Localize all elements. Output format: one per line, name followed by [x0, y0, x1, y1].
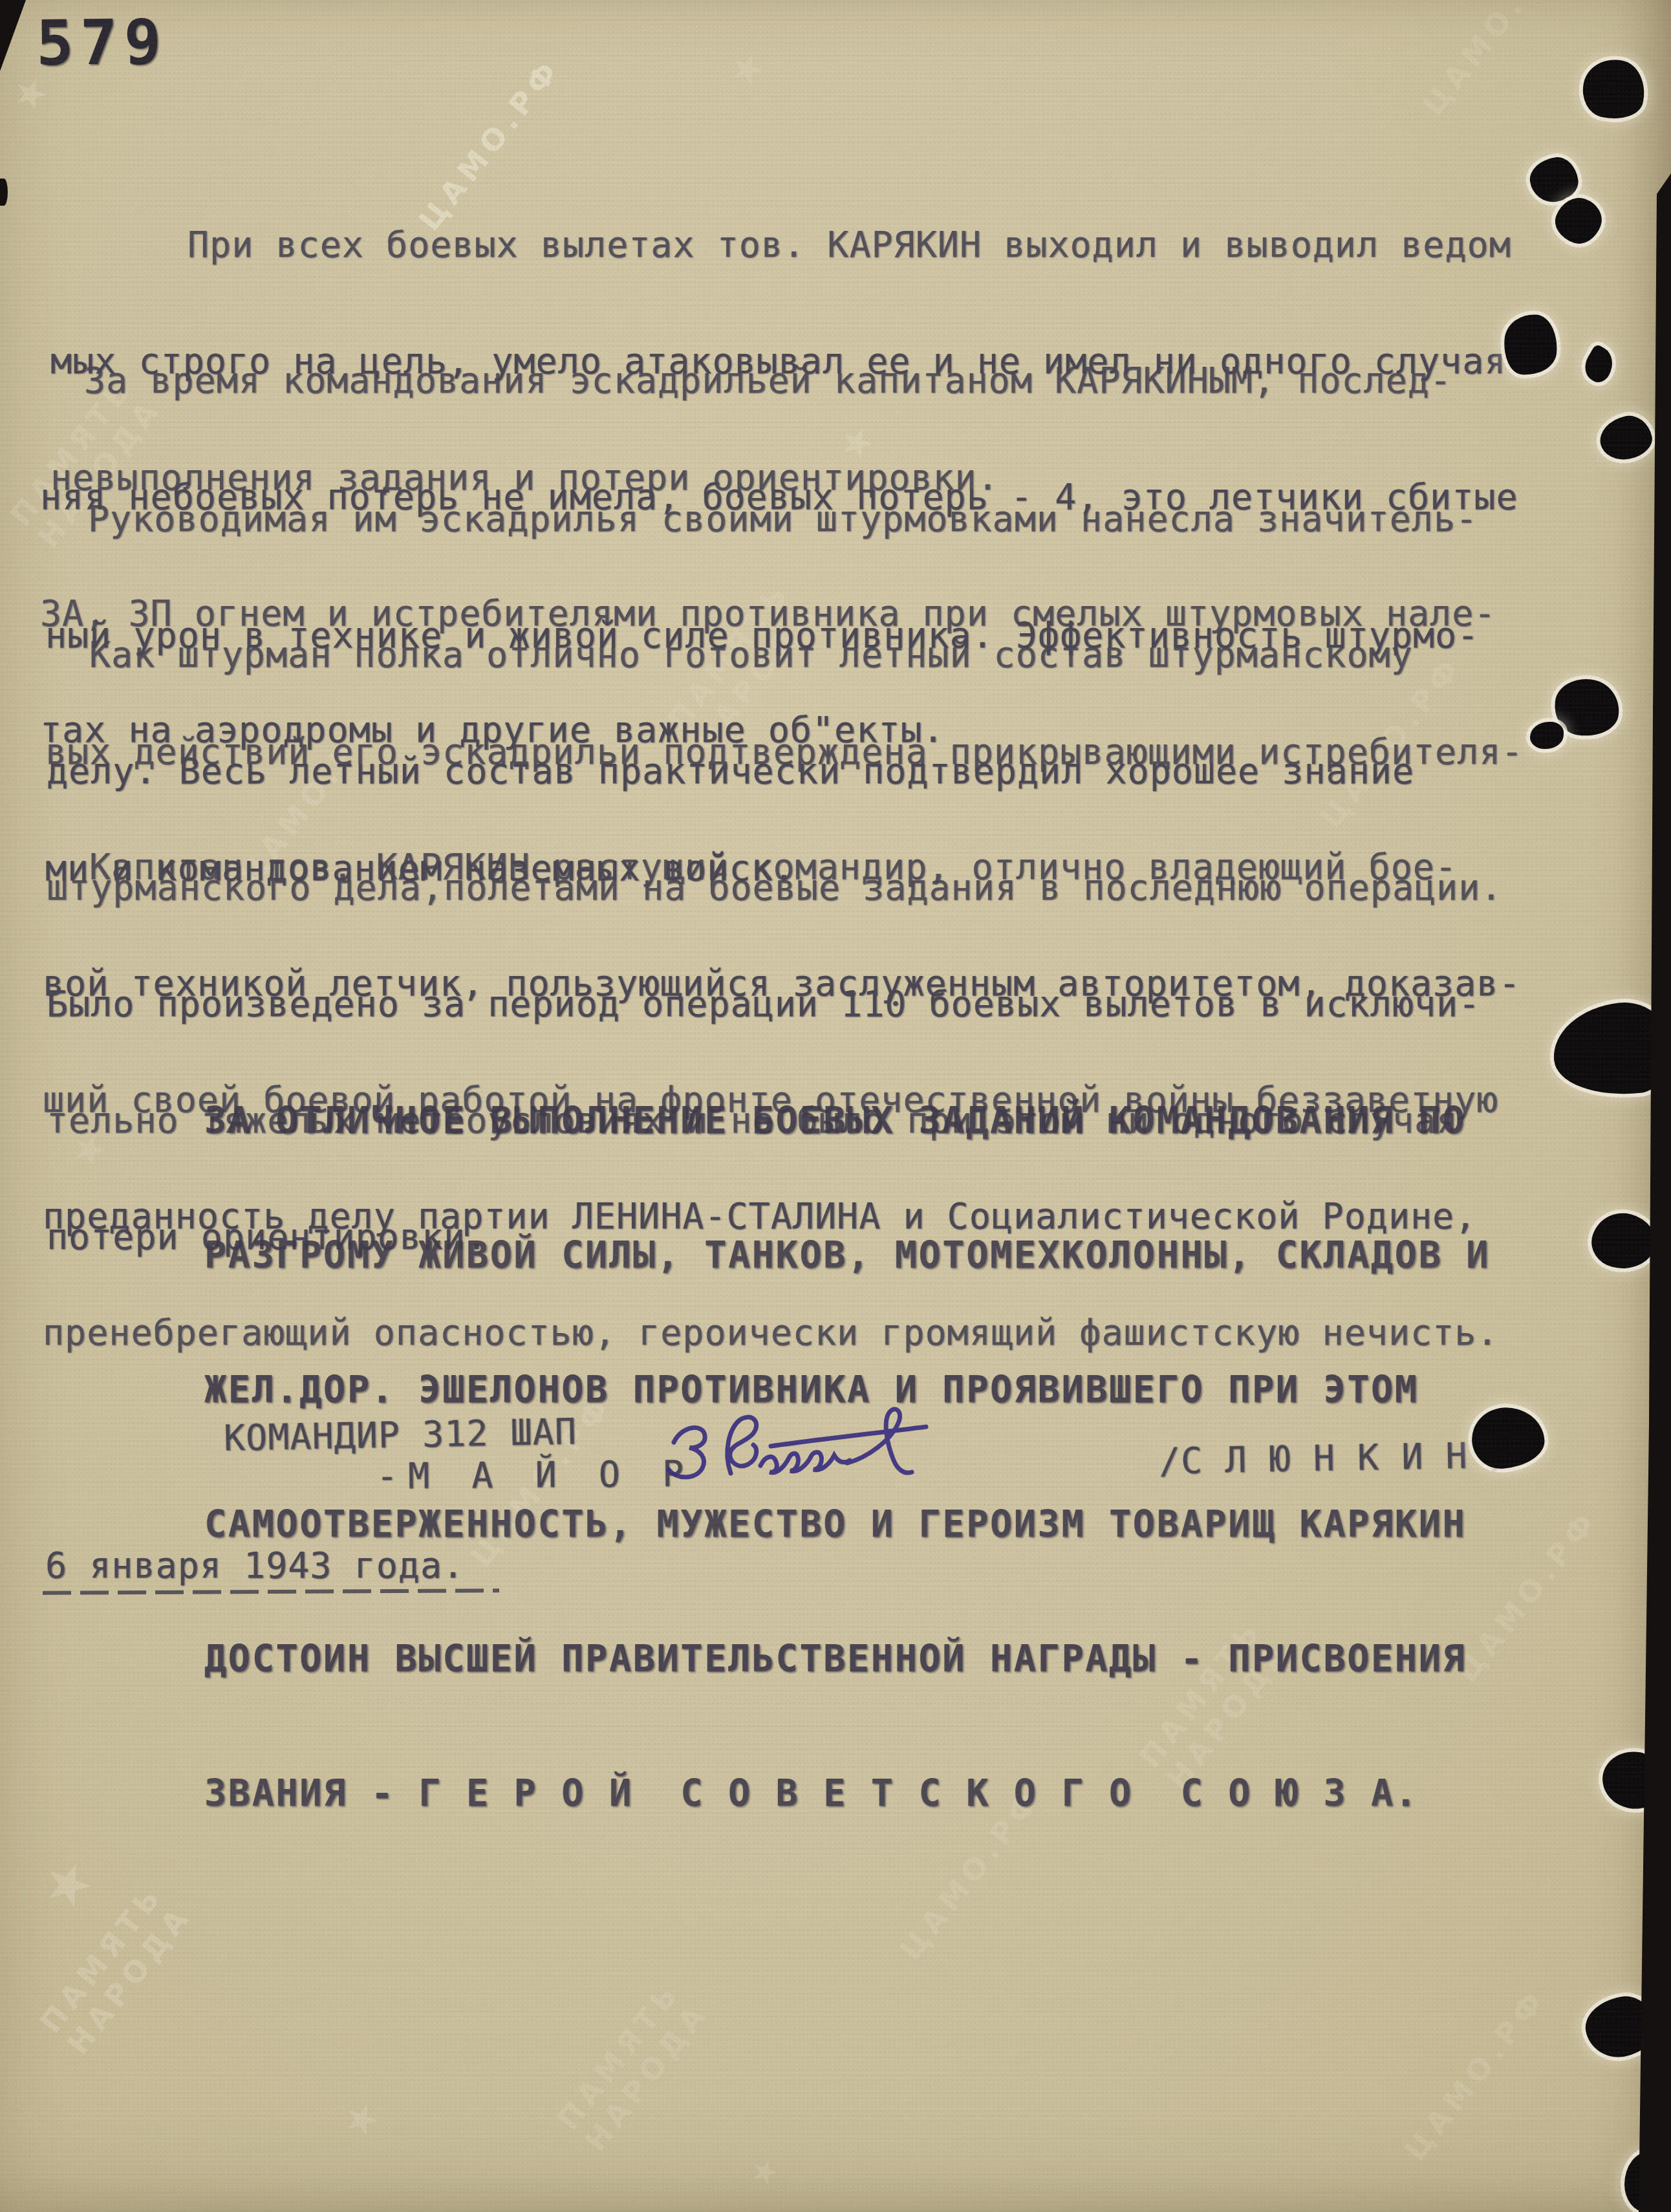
commander-title-line: КОМАНДИР 312 ШАП	[223, 1411, 577, 1458]
typed-line: Руководимая им эскадрилья своими штурмов…	[45, 498, 1524, 532]
star-watermark-icon: ★	[741, 2150, 787, 2194]
scanned-document-page: ★ ЦАМО.РФ ★ ЦАМО.РФ ПАМЯТЬ НАРОДА ★ ЦАМО…	[0, 0, 1671, 2212]
signer-name: /С Л Ю Н К И Н /	[1158, 1434, 1512, 1482]
punch-hole	[1579, 343, 1619, 386]
punch-hole	[1596, 411, 1655, 464]
memory-watermark-line: НАРОДА	[577, 1995, 715, 2158]
resolution-line: ДОСТОИН ВЫСШЕЙ ПРАВИТЕЛЬСТВЕННОЙ НАГРАДЫ…	[204, 1638, 1490, 1687]
star-watermark-icon: ★	[25, 1844, 109, 1925]
memory-watermark: ПАМЯТЬ НАРОДА	[550, 1973, 716, 2158]
resolution-line: РАЗГРОМУ ЖИВОЙ СИЛЫ, ТАНКОВ, МОТОМЕХКОЛО…	[204, 1234, 1490, 1283]
date-line: 6 января 1943 года.	[45, 1545, 464, 1586]
typed-line: При всех боевых вылетах тов. КАРЯКИН вых…	[50, 224, 1511, 257]
star-watermark-icon: ★	[717, 40, 776, 98]
typed-line: вой техникой летчик, пользующийся заслуж…	[43, 962, 1521, 996]
typed-line: За время командования эскадрильей капита…	[40, 360, 1518, 393]
memory-watermark: ПАМЯТЬ НАРОДА	[33, 1876, 199, 2061]
edge-tear-mark	[0, 179, 8, 206]
punch-hole	[1530, 722, 1564, 749]
typed-line: Капитан тов. КАРЯКИН растущий командир, …	[43, 846, 1521, 880]
star-watermark-icon: ★	[331, 2090, 391, 2148]
archive-watermark: ЦАМО.РФ	[1416, 0, 1571, 122]
page-number-stamp: 579	[36, 6, 168, 80]
paper-sheet: ★ ЦАМО.РФ ★ ЦАМО.РФ ПАМЯТЬ НАРОДА ★ ЦАМО…	[0, 0, 1671, 2212]
resolution-line: ЗА ОТЛИЧНОЕ ВЫПОЛНЕНИЕ БОЕВЫХ ЗАДАНИЙ КО…	[204, 1100, 1490, 1149]
punch-hole	[1577, 54, 1650, 125]
handwritten-signature	[634, 1396, 957, 1506]
punch-hole	[1527, 155, 1581, 205]
memory-watermark-line: ПАМЯТЬ	[33, 1876, 171, 2039]
memory-watermark-line: НАРОДА	[60, 1898, 198, 2061]
archive-watermark: ЦАМО.РФ	[1397, 1981, 1553, 2167]
resolution-line: ЗВАНИЯ - Г Е Р О Й С О В Е Т С К О Г О С…	[204, 1772, 1490, 1821]
typed-line: Как штурман полка отлично готовит летный…	[47, 634, 1502, 667]
memory-watermark-line: ПАМЯТЬ	[550, 1973, 688, 2136]
